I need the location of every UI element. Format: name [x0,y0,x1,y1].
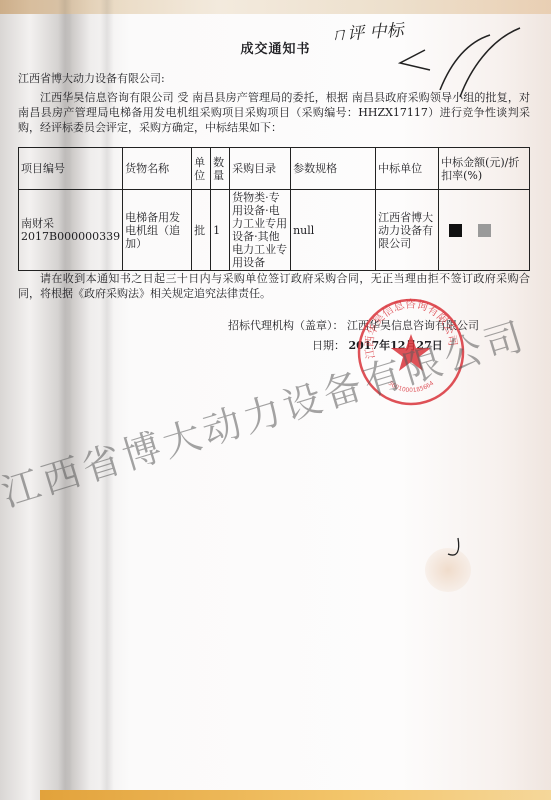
date-label: 日期： [312,339,345,352]
handwritten-check-icon [395,25,525,100]
recipient-name: 江西省博大动力设备有限公司: [18,70,165,86]
header-winner: 中标单位 [376,148,439,190]
cell-goods-name: 电梯备用发电机组（追加） [123,190,192,271]
result-table: 项目编号 货物名称 单位 数量 采购目录 参数规格 中标单位 中标金额(元)/折… [18,147,530,271]
cell-amount [439,190,530,271]
watermark-text: 江西省博大动力设备有限公司 [0,305,532,517]
header-amount: 中标金额(元)/折扣率(%) [439,148,530,190]
handwritten-signature: ㄇ评 中标 [329,15,404,45]
header-catalog: 采购目录 [230,148,291,190]
header-goods-name: 货物名称 [123,148,192,190]
cell-unit: 批 [192,190,211,271]
cell-catalog: 货物类·专用设备·电力工业专用设备·其他电力工业专用设备 [230,190,291,271]
table-row: 南财采2017B000000339 电梯备用发电机组（追加） 批 1 货物类·专… [19,190,530,271]
redaction-block [449,224,462,237]
cell-winner: 江西省博大动力设备有限公司 [376,190,439,271]
intro-paragraph: 江西华昊信息咨询有限公司 受 南昌县房产管理局的委托，根据 南昌县政府采购领导小… [18,90,530,135]
header-quantity: 数量 [211,148,230,190]
redaction-block [478,224,491,237]
header-unit: 单位 [192,148,211,190]
agency-label: 招标代理机构（盖章）： [228,319,344,332]
header-spec: 参数规格 [291,148,376,190]
cell-quantity: 1 [211,190,230,271]
tape-strip [0,0,551,14]
header-project-no: 项目编号 [19,148,123,190]
table-header-row: 项目编号 货物名称 单位 数量 采购目录 参数规格 中标单位 中标金额(元)/折… [19,148,530,190]
tape-strip [40,790,551,800]
cell-project-no: 南财采2017B000000339 [19,190,123,271]
pen-mark-icon [446,536,462,566]
cell-spec: null [291,190,376,271]
